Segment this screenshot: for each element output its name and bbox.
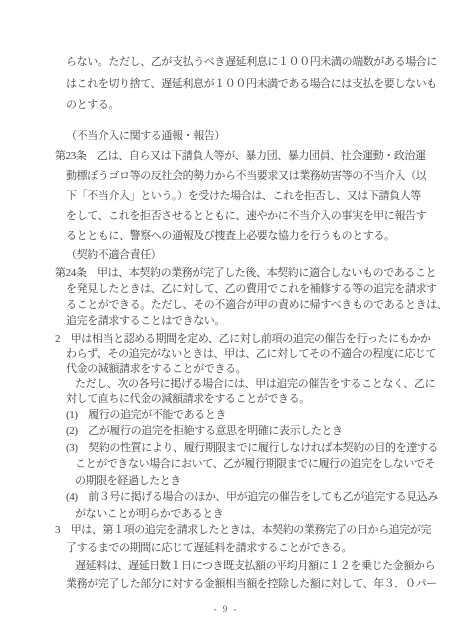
- text-line: のとする。: [55, 95, 428, 117]
- text-line: 了するまでの期間に応じて遅延料を請求することができる。: [55, 540, 428, 558]
- article-24-paragraph-1: 第24条 甲は、本契約の業務が完了した後、本契約に適合しないものであることを発見…: [55, 265, 428, 329]
- text-line: わらず、その追完がないときは、甲は、乙に対してその不適合の程度に応じて: [55, 347, 428, 362]
- text-line: を発見したときは、乙に対して、乙の費用でこれを補修する等の追完を請求す: [55, 281, 428, 297]
- article-24-paragraph-2-proviso: ただし、次の各号に掲げる場合には、甲は追完の催告をすることなく、乙に対して直ちに…: [55, 377, 428, 407]
- text-line: ただし、次の各号に掲げる場合には、甲は追完の催告をすることなく、乙に: [55, 377, 428, 392]
- article-24-paragraph-2-items: (1) 履行の追完が不能であるとき(2) 乙が履行の追完を拒絶する意思を明確に表…: [55, 407, 428, 523]
- text-line: (1) 履行の追完が不能であるとき: [55, 407, 428, 424]
- text-line: 2 甲は相当と認める期間を定め、乙に対し前項の追完の催告を行ったにもかか: [55, 332, 428, 347]
- text-line: 下「不当介入」という。）を受けた場合は、これを拒否し、又は下請負人等: [55, 186, 428, 206]
- document-page: らない。ただし、乙が支払うべき遅延利息に１００円未満の端数がある場合にはこれを切…: [0, 0, 452, 640]
- article-24-paragraph-2: 2 甲は相当と認める期間を定め、乙に対し前項の追完の催告を行ったにもかかわらず、…: [55, 332, 428, 377]
- text-line: 第24条 甲は、本契約の業務が完了した後、本契約に適合しないものであること: [55, 265, 428, 281]
- page-number: - 9 -: [0, 604, 452, 615]
- section-heading-unjust-intervention: （不当介入に関する通報・報告）: [55, 127, 428, 146]
- text-line: 第23条 乙は、自ら又は下請負人等が、暴力団、暴力団員、社会運動・政治運: [55, 146, 428, 166]
- text-line: をして、これを拒否させるとともに、速やかに不当介入の事実を甲に報告す: [55, 206, 428, 226]
- section-heading-text: （不当介入に関する通報・報告）: [55, 127, 428, 146]
- text-line: (2) 乙が履行の追完を拒絶する意思を明確に表示したとき: [55, 423, 428, 440]
- article-24-paragraph-3-delay-fee: 遅延料は、遅延日数１日につき既支払額の平均月額に１２を乗じた金額から業務が完了し…: [55, 557, 428, 593]
- carryover-paragraph: らない。ただし、乙が支払うべき遅延利息に１００円未満の端数がある場合にはこれを切…: [55, 52, 428, 117]
- text-line: 3 甲は、第１項の追完を請求したときは、本契約の業務完了の日から追完が完: [55, 522, 428, 540]
- text-line: (4) 前３号に掲げる場合のほか、甲が追完の催告をしても乙が追完する見込み: [55, 489, 428, 506]
- article-24-paragraph-3: 3 甲は、第１項の追完を請求したときは、本契約の業務完了の日から追完が完了するま…: [55, 522, 428, 557]
- text-line: 遅延料は、遅延日数１日につき既支払額の平均月額に１２を乗じた金額から: [55, 557, 428, 575]
- text-line: の期限を経過したとき: [55, 473, 428, 490]
- text-line: 動標ぼうゴロ等の反社会的勢力から不当要求又は業務妨害等の不当介入（以: [55, 166, 428, 186]
- text-line: (3) 契約の性質により、履行期限までに履行しなければ本契約の目的を達する: [55, 440, 428, 457]
- text-line: はこれを切り捨て、遅延利息が１００円未満である場合には支払を要しないも: [55, 74, 428, 96]
- section-heading-contract-nonconformity: （契約不適合責任）: [55, 246, 428, 265]
- page-body: らない。ただし、乙が支払うべき遅延利息に１００円未満の端数がある場合にはこれを切…: [0, 0, 452, 593]
- text-line: ることができる。ただし、その不適合が甲の責めに帰すべきものであるときは、: [55, 297, 428, 313]
- text-line: がないことが明らかであるとき: [55, 506, 428, 523]
- text-line: ことができない場合において、乙が履行期限までに履行の追完をしないでそ: [55, 456, 428, 473]
- section-heading-text: （契約不適合責任）: [55, 246, 428, 265]
- text-line: 対して直ちに代金の減額請求をすることができる。: [55, 392, 428, 407]
- text-line: 追完を請求することはできない。: [55, 313, 428, 329]
- text-line: 業務が完了した部分に対する金額相当額を控除した額に対して、年３．０パー: [55, 575, 428, 593]
- text-line: らない。ただし、乙が支払うべき遅延利息に１００円未満の端数がある場合に: [55, 52, 428, 74]
- text-line: 代金の減額請求をすることができる。: [55, 362, 428, 377]
- text-line: るとともに、警察への通報及び捜査上必要な協力を行うものとする。: [55, 226, 428, 246]
- article-23: 第23条 乙は、自ら又は下請負人等が、暴力団、暴力団員、社会運動・政治運動標ぼう…: [55, 146, 428, 246]
